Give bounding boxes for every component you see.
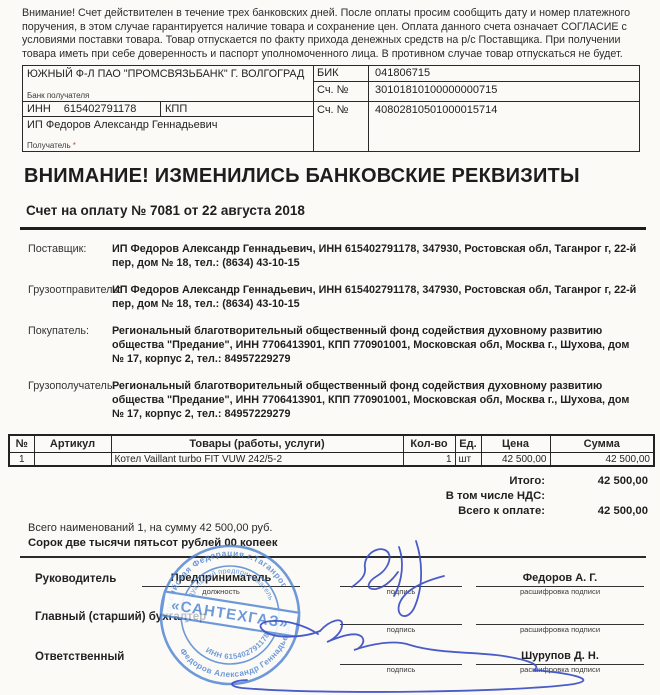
invoice-document: Внимание! Счет действителен в течение тр… (0, 0, 660, 695)
position-value: Предприниматель (142, 571, 300, 586)
signature-row-responsible: Ответственный подпись Шурупов Д. Н. расш… (35, 649, 644, 665)
amount-in-words: Сорок две тысячи пятьсот рублей 00 копее… (28, 537, 660, 549)
bank-details-table: ЮЖНЫЙ Ф-Л ПАО "ПРОМСВЯЗЬБАНК" Г. ВОЛГОГР… (22, 65, 640, 152)
warning-text: Внимание! Счет действителен в течение тр… (0, 0, 660, 61)
signature-row-director: Руководитель Предприниматель должность п… (35, 571, 644, 587)
signature-space (340, 649, 462, 664)
bank-row-receiver: ИНН615402791178 КПП ИП Федоров Александр… (23, 102, 639, 151)
required-asterisk: * (73, 141, 76, 150)
col-header-num: № (9, 435, 34, 452)
item-price: 42 500,00 (481, 452, 550, 466)
signer-name: Федоров А. Г. (476, 571, 644, 586)
name-field: Шурупов Д. Н. расшифровка подписи (476, 649, 644, 665)
bik-label: БИК (314, 66, 368, 82)
col-header-sku: Артикул (34, 435, 111, 452)
invoice-title: Счет на оплату № 7081 от 22 августа 2018 (26, 203, 660, 218)
inn-kpp-row: ИНН615402791178 КПП (23, 102, 313, 117)
total-nds: В том числе НДС: (0, 488, 648, 503)
bik-value: 041806715 (369, 66, 639, 82)
col-header-sum: Сумма (550, 435, 654, 452)
inn-value: 615402791178 (64, 103, 137, 115)
total-label: В том числе НДС: (446, 490, 545, 502)
totals-section: Итого: 42 500,00 В том числе НДС: Всего … (0, 473, 648, 518)
signature-caption: подпись (340, 624, 462, 634)
party-value: ИП Федоров Александр Геннадьевич, ИНН 61… (112, 242, 644, 270)
signature-space (340, 609, 462, 624)
total-value: 42 500,00 (545, 475, 648, 487)
parties-section: Поставщик: ИП Федоров Александр Геннадье… (28, 242, 644, 421)
name-caption: расшифровка подписи (476, 624, 644, 634)
corr-account-value: 30101810100000000715 (369, 82, 639, 101)
party-value: Региональный благотворительный обществен… (112, 379, 644, 421)
role-label: Руководитель (35, 573, 142, 587)
name-caption: расшифровка подписи (476, 586, 644, 596)
bank-name: ЮЖНЫЙ Ф-Л ПАО "ПРОМСВЯЗЬБАНК" Г. ВОЛГОГР… (27, 68, 309, 80)
bank-name-cell: ЮЖНЫЙ Ф-Л ПАО "ПРОМСВЯЗЬБАНК" Г. ВОЛГОГР… (23, 66, 314, 101)
signature-field: подпись (340, 571, 462, 587)
bank-row-bank: ЮЖНЫЙ Ф-Л ПАО "ПРОМСВЯЗЬБАНК" Г. ВОЛГОГР… (23, 66, 639, 102)
divider-thick (20, 227, 646, 230)
divider-thin (20, 556, 646, 558)
signature-field: подпись (340, 609, 462, 625)
summary-line: Всего наименований 1, на сумму 42 500,00… (28, 522, 660, 534)
corr-account-label: Сч. № (314, 82, 368, 101)
party-label: Грузополучатель: (28, 379, 112, 421)
party-label: Покупатель: (28, 324, 112, 366)
col-header-unit: Ед. (455, 435, 481, 452)
party-consignee: Грузополучатель: Региональный благотвори… (28, 379, 644, 421)
receiver-name: ИП Федоров Александр Геннадьевич (23, 117, 313, 131)
col-header-qty: Кол-во (403, 435, 455, 452)
party-buyer: Покупатель: Региональный благотворительн… (28, 324, 644, 366)
item-sku (34, 452, 111, 466)
party-supplier: Поставщик: ИП Федоров Александр Геннадье… (28, 242, 644, 270)
item-qty: 1 (403, 452, 455, 466)
signer-name (476, 609, 644, 624)
account-label: Сч. № (314, 102, 369, 151)
party-value: Региональный благотворительный обществен… (112, 324, 644, 366)
position-caption: должность (142, 586, 300, 596)
bank-labels-col: БИК Сч. № (314, 66, 369, 101)
party-consignor: Грузоотправитель: ИП Федоров Александр Г… (28, 283, 644, 311)
items-table: № Артикул Товары (работы, услуги) Кол-во… (8, 434, 655, 467)
kpp-label: КПП (161, 102, 313, 116)
party-label: Грузоотправитель: (28, 283, 112, 311)
item-sum: 42 500,00 (550, 452, 654, 466)
total-to-pay: Всего к оплате: 42 500,00 (0, 503, 648, 518)
receiver-cell: ИНН615402791178 КПП ИП Федоров Александр… (23, 102, 314, 151)
inn-label: ИНН (27, 103, 51, 115)
signature-row-accountant: Главный (старший) бухгалтер подпись расш… (35, 609, 644, 625)
total-label: Итого: (509, 475, 545, 487)
party-value: ИП Федоров Александр Геннадьевич, ИНН 61… (112, 283, 644, 311)
total-label: Всего к оплате: (458, 505, 545, 517)
item-goods: Котел Vaillant turbo FIT VUW 242/5-2 (111, 452, 403, 466)
role-label: Главный (старший) бухгалтер (35, 611, 300, 625)
position-field: Предприниматель должность (142, 571, 300, 587)
col-header-price: Цена (481, 435, 550, 452)
attention-heading: ВНИМАНИЕ! ИЗМЕНИЛИСЬ БАНКОВСКИЕ РЕКВИЗИТ… (24, 165, 640, 188)
name-caption: расшифровка подписи (476, 664, 644, 674)
signer-name: Шурупов Д. Н. (476, 649, 644, 664)
item-num: 1 (9, 452, 34, 466)
name-field: Федоров А. Г. расшифровка подписи (476, 571, 644, 587)
inn-cell: ИНН615402791178 (23, 102, 161, 116)
total-value: 42 500,00 (545, 505, 648, 517)
signature-field: подпись (340, 649, 462, 665)
signature-caption: подпись (340, 664, 462, 674)
total-itogo: Итого: 42 500,00 (0, 473, 648, 488)
bank-values-col: 041806715 30101810100000000715 (369, 66, 639, 101)
items-header-row: № Артикул Товары (работы, услуги) Кол-во… (9, 435, 654, 452)
role-label: Ответственный (35, 651, 300, 665)
account-value: 40802810501000015714 (369, 102, 639, 151)
table-row: 1 Котел Vaillant turbo FIT VUW 242/5-2 1… (9, 452, 654, 466)
signature-block: Руководитель Предприниматель должность п… (35, 571, 644, 665)
item-unit: шт (455, 452, 481, 466)
signature-space (340, 571, 462, 586)
signature-caption: подпись (340, 586, 462, 596)
receiver-caption: Получатель* (27, 141, 76, 150)
name-field: расшифровка подписи (476, 609, 644, 625)
bank-caption: Банк получателя (27, 91, 89, 100)
party-label: Поставщик: (28, 242, 112, 270)
col-header-goods: Товары (работы, услуги) (111, 435, 403, 452)
